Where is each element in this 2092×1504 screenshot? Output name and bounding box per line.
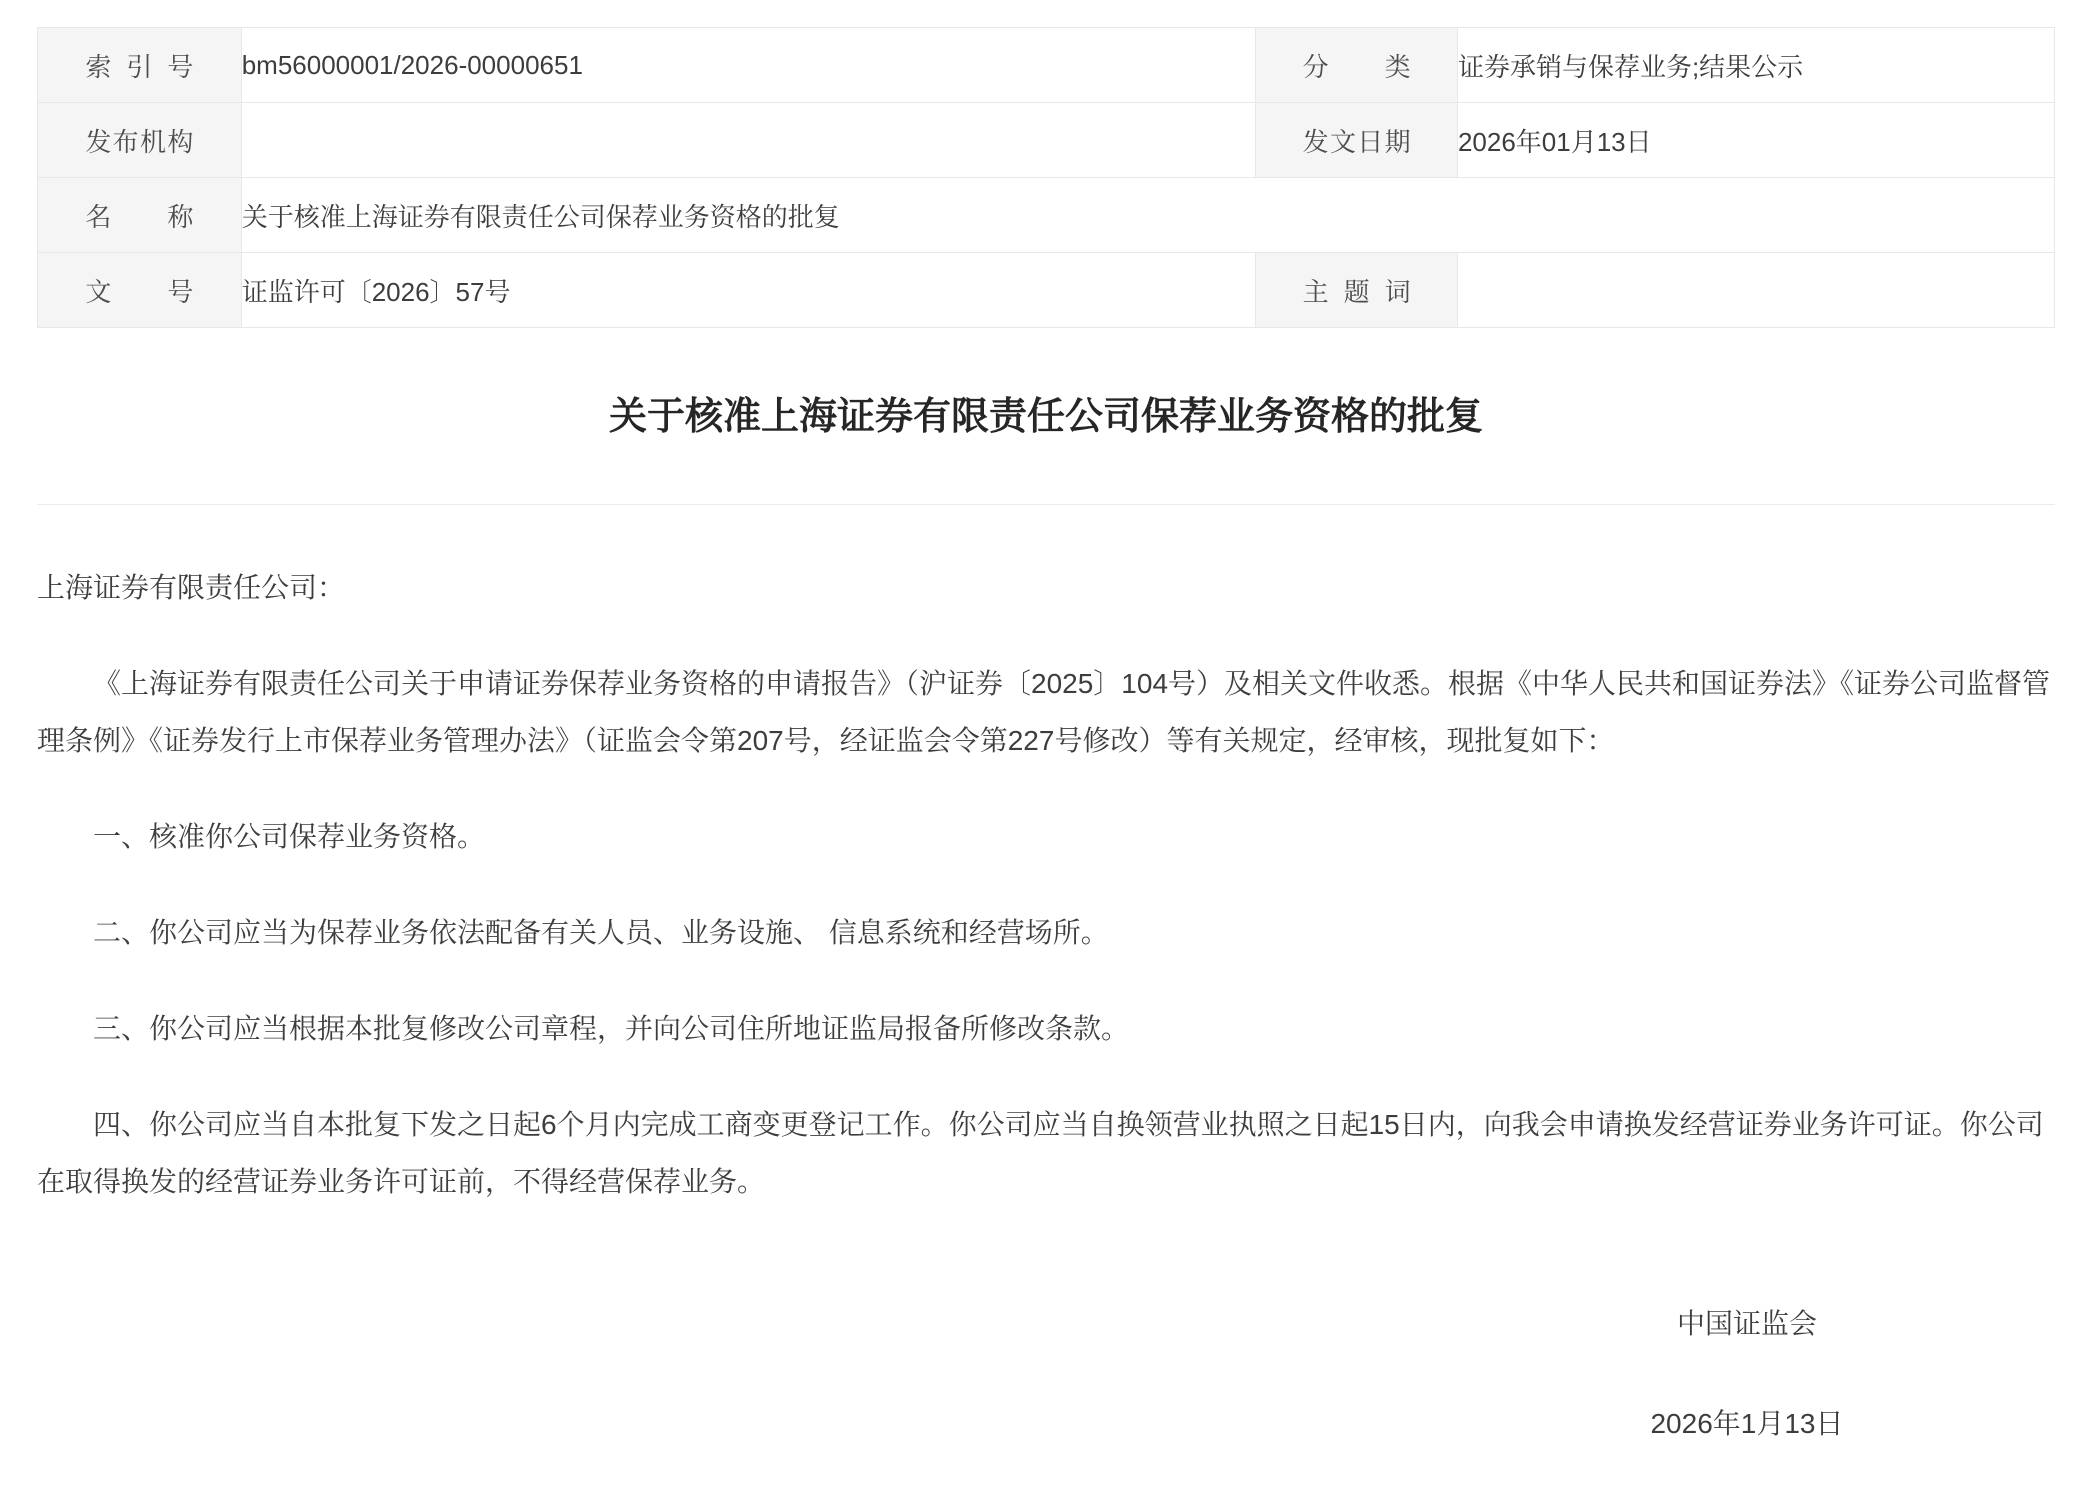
publisher-label-cell: 发布机构 <box>38 103 242 178</box>
signer-name: 中国证监会 <box>1647 1295 1847 1352</box>
index-number-value: bm56000001/2026-00000651 <box>241 28 1256 103</box>
paragraph-item-3: 三、你公司应当根据本批复修改公司章程，并向公司住所地证监局报备所修改条款。 <box>37 1000 2055 1057</box>
table-row-doc-number: 文号 证监许可〔2026〕57号 主题词 <box>38 253 2055 328</box>
name-label-cell: 名称 <box>38 178 242 253</box>
table-row-name: 名称 关于核准上海证券有限责任公司保荐业务资格的批复 <box>38 178 2055 253</box>
signature-date: 2026年1月13日 <box>1647 1395 1847 1452</box>
category-value: 证券承销与保荐业务;结果公示 <box>1457 28 2054 103</box>
signature-block: 中国证监会 2026年1月13日 <box>1647 1295 1847 1452</box>
name-label: 名称 <box>85 197 193 234</box>
salutation: 上海证券有限责任公司： <box>37 559 2055 616</box>
document-page: 索引号 bm56000001/2026-00000651 分类 证券承销与保荐业… <box>0 0 2092 1452</box>
publisher-value <box>241 103 1256 178</box>
name-value: 关于核准上海证券有限责任公司保荐业务资格的批复 <box>241 178 2054 253</box>
subject-words-value <box>1457 253 2054 328</box>
doc-number-value: 证监许可〔2026〕57号 <box>241 253 1256 328</box>
table-row-publisher: 发布机构 发文日期 2026年01月13日 <box>38 103 2055 178</box>
subject-words-label-cell: 主题词 <box>1256 253 1458 328</box>
publish-date-label: 发文日期 <box>1303 122 1411 159</box>
category-label-cell: 分类 <box>1256 28 1458 103</box>
paragraph-item-1: 一、核准你公司保荐业务资格。 <box>37 808 2055 865</box>
doc-number-label: 文号 <box>85 272 193 309</box>
metadata-table: 索引号 bm56000001/2026-00000651 分类 证券承销与保荐业… <box>37 27 2055 328</box>
document-title: 关于核准上海证券有限责任公司保荐业务资格的批复 <box>37 391 2055 444</box>
paragraph-item-2: 二、你公司应当为保荐业务依法配备有关人员、业务设施、 信息系统和经营场所。 <box>37 904 2055 961</box>
title-divider <box>37 504 2055 505</box>
publish-date-value: 2026年01月13日 <box>1457 103 2054 178</box>
paragraph-intro: 《上海证券有限责任公司关于申请证券保荐业务资格的申请报告》（沪证券〔2025〕1… <box>37 655 2055 769</box>
publisher-label: 发布机构 <box>85 122 193 159</box>
table-row-index: 索引号 bm56000001/2026-00000651 分类 证券承销与保荐业… <box>38 28 2055 103</box>
doc-number-label-cell: 文号 <box>38 253 242 328</box>
index-number-label: 索引号 <box>85 47 193 84</box>
subject-words-label: 主题词 <box>1303 272 1411 309</box>
category-label: 分类 <box>1303 47 1411 84</box>
document-body: 上海证券有限责任公司： 《上海证券有限责任公司关于申请证券保荐业务资格的申请报告… <box>37 559 2055 1452</box>
paragraph-item-4: 四、你公司应当自本批复下发之日起6个月内完成工商变更登记工作。你公司应当自换领营… <box>37 1096 2055 1210</box>
index-number-label-cell: 索引号 <box>38 28 242 103</box>
publish-date-label-cell: 发文日期 <box>1256 103 1458 178</box>
